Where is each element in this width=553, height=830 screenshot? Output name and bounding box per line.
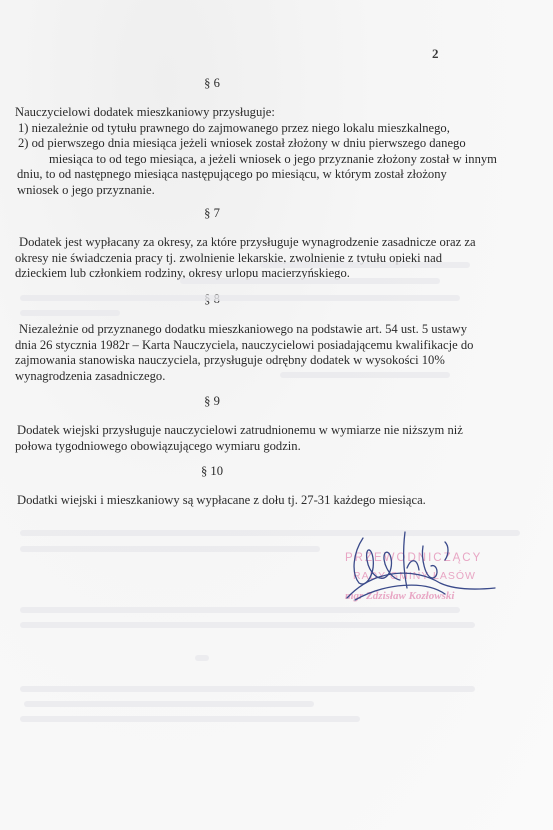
section-10-body: Dodatki wiejski i mieszkaniowy są wypłac… [17,493,426,509]
paragraph-line: Dodatek wiejski przysługuje nauczycielow… [15,423,463,439]
paragraph-line: Dodatki wiejski i mieszkaniowy są wypłac… [17,493,426,509]
paragraph-line: dniu, to od następnego miesiąca następuj… [15,167,497,183]
section-9-body: Dodatek wiejski przysługuje nauczycielow… [15,423,463,454]
signature-icon [345,528,515,608]
list-item-2: 2) od pierwszego dnia miesiąca jeżeli wn… [15,136,497,152]
document-page: 2 § 6 Nauczycielowi dodatek mieszkaniowy… [0,0,553,830]
paragraph-line: wniosek o jego przyznanie. [15,183,497,199]
paragraph-line: miesiąca to od tego miesiąca, a jeżeli w… [15,152,497,168]
page-number: 2 [432,46,439,62]
paragraph-line: Niezależnie od przyznanego dodatku miesz… [15,322,473,338]
paragraph-line: Dodatek jest wypłacany za okresy, za któ… [15,235,476,251]
paragraph-line: połowa tygodniowego obowiązującego wymia… [15,439,463,455]
section-6-body: Nauczycielowi dodatek mieszkaniowy przys… [15,105,497,198]
section-heading-7: § 7 [192,206,232,221]
section-7-body: Dodatek jest wypłacany za okresy, za któ… [15,235,476,282]
paragraph-line: Nauczycielowi dodatek mieszkaniowy przys… [15,105,497,121]
section-heading-10: § 10 [192,464,232,479]
paragraph-line: zajmowania stanowiska nauczyciela, przys… [15,353,473,369]
paragraph-line: dnia 26 stycznia 1982r – Karta Nauczycie… [15,338,473,354]
list-item-1: 1) niezależnie od tytułu prawnego do zaj… [15,121,497,137]
section-heading-6: § 6 [192,76,232,91]
section-heading-9: § 9 [192,394,232,409]
